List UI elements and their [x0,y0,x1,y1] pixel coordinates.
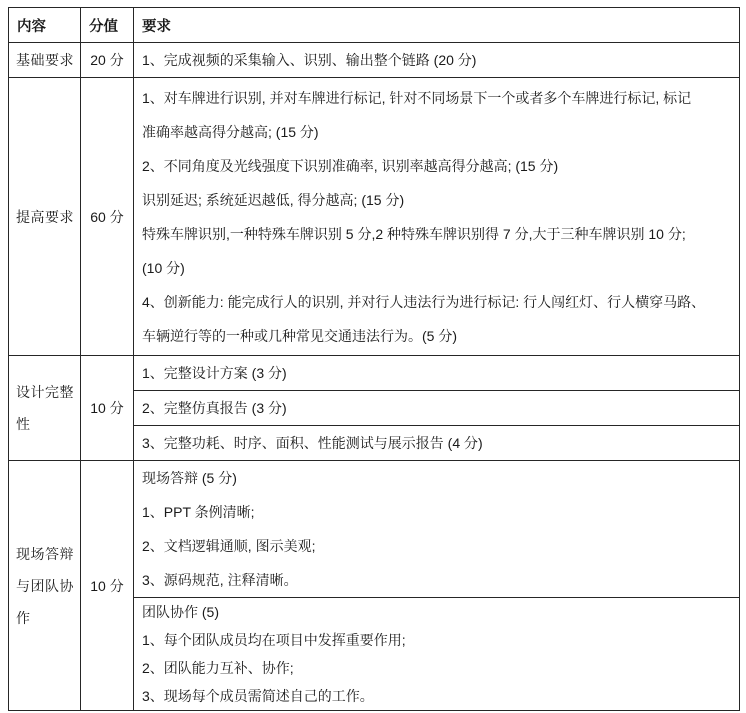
row-defense-label: 现场答辩与团队协作 [9,461,81,711]
header-score: 分值 [81,8,134,43]
requirement-line: 2、不同角度及光线强度下识别准确率, 识别率越高得分越高; (15 分) [142,149,731,183]
requirement-line: 2、文档逻辑通顺, 图示美观; [142,529,731,563]
requirement-line: 4、创新能力: 能完成行人的识别, 并对行人违法行为进行标记: 行人闯红灯、行人… [142,285,731,319]
table-row-design-sub1: 设计完整性 10 分 1、完整设计方案 (3 分) [9,356,740,391]
requirement-line: 1、完整设计方案 (3 分) [142,356,731,390]
requirement-line: 3、现场每个成员需简述自己的工作。 [142,682,731,710]
requirement-line: 3、完整功耗、时序、面积、性能测试与展示报告 (4 分) [142,426,731,460]
requirement-line: 2、团队能力互补、协作; [142,654,731,682]
header-requirements: 要求 [134,8,740,43]
row-design-requirement-3: 3、完整功耗、时序、面积、性能测试与展示报告 (4 分) [134,426,740,461]
requirement-line: (10 分) [142,251,731,285]
requirement-line: 车辆逆行等的一种或几种常见交通违法行为。(5 分) [142,319,731,353]
table-header-row: 内容 分值 要求 [9,8,740,43]
requirement-line: 1、对车牌进行识别, 并对车牌进行标记, 针对不同场景下一个或者多个车牌进行标记… [142,81,731,115]
table-row-advanced: 提高要求 60 分 1、对车牌进行识别, 并对车牌进行标记, 针对不同场景下一个… [9,78,740,356]
row-defense-score: 10 分 [81,461,134,711]
requirement-line: 准确率越高得分越高; (15 分) [142,115,731,149]
row-defense-requirements-teamwork: 团队协作 (5) 1、每个团队成员均在项目中发挥重要作用; 2、团队能力互补、协… [134,598,740,711]
requirement-line: 识别延迟; 系统延迟越低, 得分越高; (15 分) [142,183,731,217]
requirement-line: 团队协作 (5) [142,598,731,626]
table-row-defense-sub1: 现场答辩与团队协作 10 分 现场答辩 (5 分) 1、PPT 条例清晰; 2、… [9,461,740,598]
requirement-line: 1、完成视频的采集输入、识别、输出整个链路 (20 分) [142,43,731,77]
requirement-line: 现场答辩 (5 分) [142,461,731,495]
row-advanced-label: 提高要求 [9,78,81,356]
document-page: 内容 分值 要求 基础要求 20 分 1、完成视频的采集输入、识别、输出整个链路… [0,0,746,713]
row-design-label: 设计完整性 [9,356,81,461]
row-advanced-score: 60 分 [81,78,134,356]
row-design-requirement-1: 1、完整设计方案 (3 分) [134,356,740,391]
row-design-requirement-2: 2、完整仿真报告 (3 分) [134,391,740,426]
requirement-line: 2、完整仿真报告 (3 分) [142,391,731,425]
row-advanced-requirements: 1、对车牌进行识别, 并对车牌进行标记, 针对不同场景下一个或者多个车牌进行标记… [134,78,740,356]
row-basic-label: 基础要求 [9,43,81,78]
requirement-line: 特殊车牌识别,一种特殊车牌识别 5 分,2 种特殊车牌识别得 7 分,大于三种车… [142,217,731,251]
header-content: 内容 [9,8,81,43]
row-basic-score: 20 分 [81,43,134,78]
requirement-line: 1、PPT 条例清晰; [142,495,731,529]
row-basic-requirements: 1、完成视频的采集输入、识别、输出整个链路 (20 分) [134,43,740,78]
requirement-line: 3、源码规范, 注释清晰。 [142,563,731,597]
requirement-line: 1、每个团队成员均在项目中发挥重要作用; [142,626,731,654]
row-defense-requirements-presentation: 现场答辩 (5 分) 1、PPT 条例清晰; 2、文档逻辑通顺, 图示美观; 3… [134,461,740,598]
table-row-basic: 基础要求 20 分 1、完成视频的采集输入、识别、输出整个链路 (20 分) [9,43,740,78]
row-design-score: 10 分 [81,356,134,461]
scoring-criteria-table: 内容 分值 要求 基础要求 20 分 1、完成视频的采集输入、识别、输出整个链路… [8,7,740,711]
